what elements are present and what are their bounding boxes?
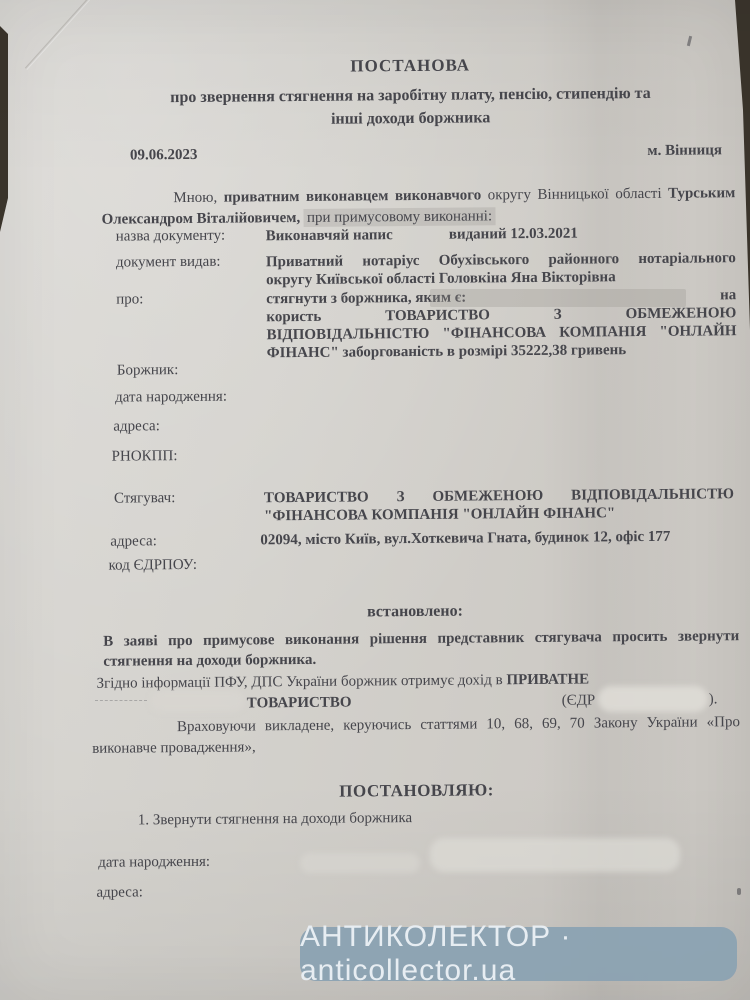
field-label-doc-name: назва документу:: [116, 227, 266, 246]
field-label-birthdate: дата народження:: [115, 389, 227, 407]
document-subtitle-line1: про звернення стягнення на заробітну пла…: [86, 84, 734, 108]
field-value-collector-line2: "ФІНАНСОВА КОМПАНІЯ "ОНЛАЙН ФІНАНС": [264, 503, 734, 525]
field-label-doc-issuer: документ видав:: [116, 253, 266, 290]
dust-speck: [737, 888, 741, 895]
established-line2: стягнення на доходи боржника.: [103, 646, 739, 672]
field-label-address: адреса:: [113, 418, 160, 435]
erased-area-birthdate: [430, 838, 680, 872]
legal-paragraph: Враховуючи викладене, керуючись статтями…: [92, 712, 740, 760]
erased-area-company: [150, 690, 245, 712]
residual-dash-marks: [95, 700, 147, 701]
intro-highlighted-text: при примусовому виконанні:: [304, 207, 495, 227]
document-subtitle-line2: інші доходи боржника: [87, 107, 735, 131]
field-value-doc-name: Виконавчяй напис: [266, 227, 393, 244]
income-text: Згідно інформації ПФУ, ДПС України боржн…: [97, 672, 503, 692]
executor-name: Олександром Віталійовичем,: [101, 210, 300, 228]
income-company-text: ТОВАРИСТВО: [247, 693, 352, 715]
intro-text: округу Вінницької області: [488, 186, 662, 204]
document-title: ПОСТАНОВА: [86, 53, 734, 79]
field-value-collector-address: 02094, місто Київ, вул.Хоткевича Гната, …: [260, 528, 730, 549]
section-heading-established: встановлено:: [91, 600, 739, 624]
redaction-box-debtor-name: [430, 289, 686, 307]
watermark-badge: АНТИКОЛЕКТОР · anticollector.ua: [300, 927, 737, 981]
document-date: 09.06.2023: [130, 147, 198, 165]
field-label-about: про:: [116, 290, 267, 363]
income-text-bold: ПРИВАТНЕ: [506, 671, 589, 688]
established-paragraph: В заяві про примусове виконання рішення …: [103, 626, 739, 672]
field-label-collector: Стягувач:: [114, 489, 264, 526]
intro-text-bold: приватним виконавцем виконавчого: [224, 187, 482, 205]
document-city: м. Вінниця: [647, 142, 722, 160]
erased-area-row: [300, 853, 420, 873]
field-value-about-line4: ФІНАНС" заборгованість в розмірі 35222,3…: [267, 340, 737, 362]
field-label-edrpou: код ЄДРПОУ:: [108, 557, 197, 575]
field-label-birthdate-2: дата народження:: [98, 854, 210, 872]
section-heading-resolution: ПОСТАНОВЛЯЮ:: [92, 778, 740, 804]
field-label-collector-address: адреса:: [110, 532, 260, 550]
intro-text: Мною,: [173, 190, 217, 206]
watermark-text: АНТИКОЛЕКТОР · anticollector.ua: [300, 920, 737, 988]
field-label-rnokpp: РНОКПП:: [112, 448, 178, 466]
legal-line2: виконавче провадження»,: [92, 733, 740, 760]
income-edr-text: (ЄДР: [562, 690, 596, 711]
field-value-about-line1-end: на: [720, 286, 736, 304]
photo-background: ПОСТАНОВА про звернення стягнення на зар…: [0, 0, 750, 1000]
executor-surname: Турським: [668, 185, 735, 202]
field-label-debtor: Боржник:: [117, 362, 179, 380]
field-value-doc-issued: виданий 12.03.2021: [449, 226, 578, 243]
income-close-paren: ).: [709, 689, 718, 710]
field-label-address-2: адреса:: [96, 884, 143, 901]
erased-area-edr: [598, 686, 708, 712]
resolution-item-1: 1. Звернути стягнення на доходи боржника: [138, 810, 412, 829]
